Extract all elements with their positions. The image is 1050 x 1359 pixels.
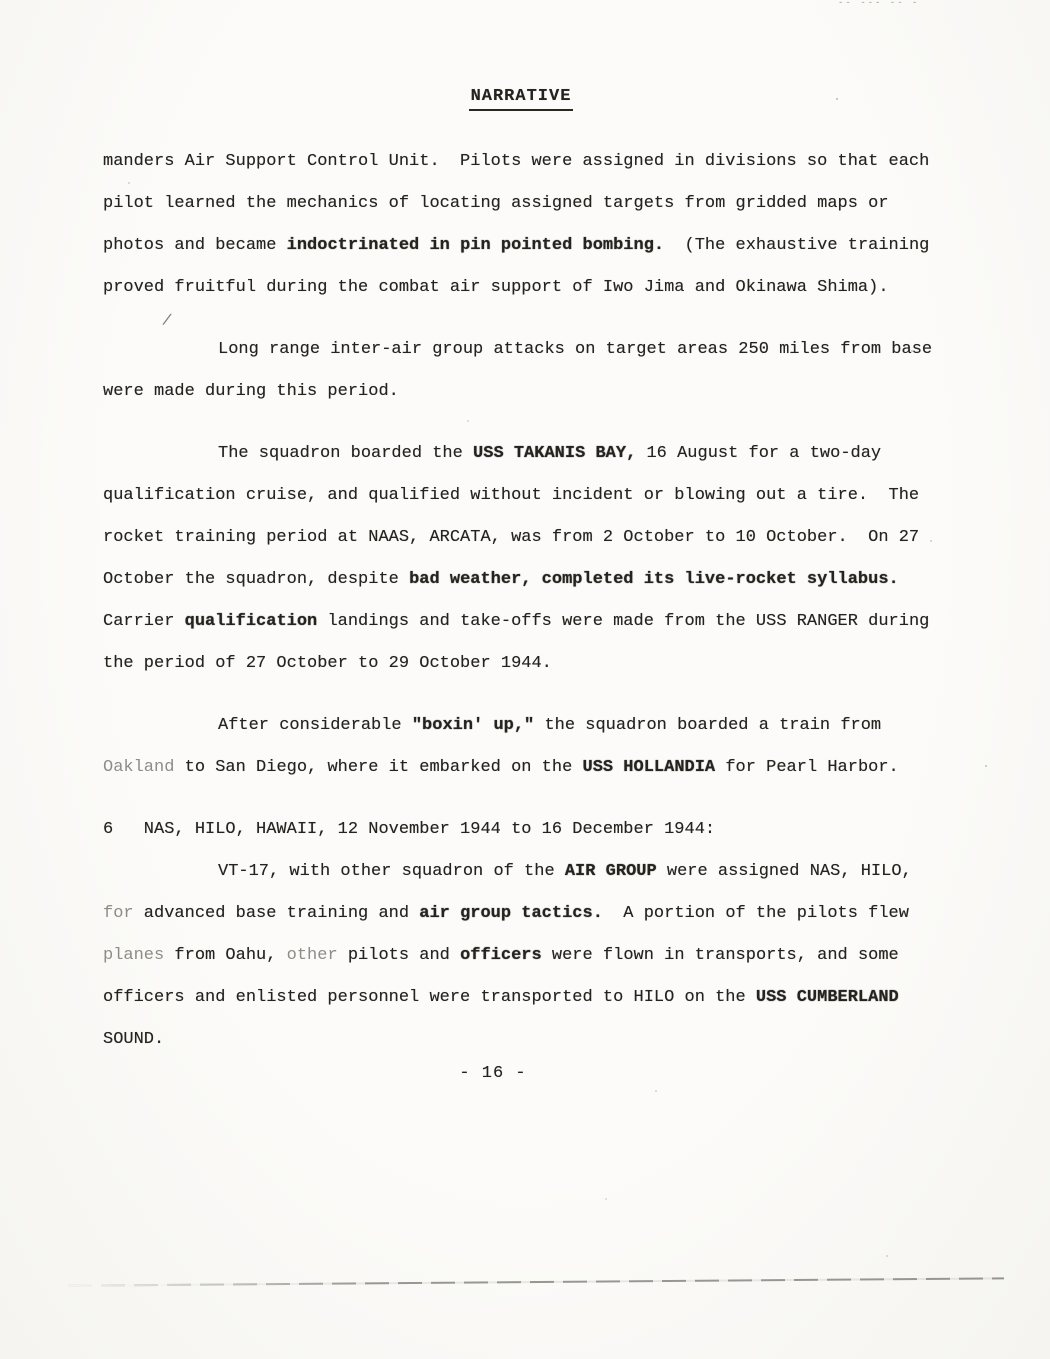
text-segment-heavy: bad weather, completed its live-rocket s… [409, 570, 899, 589]
paragraph: Long range inter-air group attacks on ta… [103, 329, 939, 413]
scan-edge-marks: -- --- -- - [838, 0, 919, 8]
text-segment: officers and enlisted personnel were tra… [103, 988, 756, 1007]
text-line: Long range inter-air group attacks on ta… [103, 329, 939, 371]
text-segment-heavy: officers [460, 946, 542, 965]
text-segment: qualification cruise, and qualified with… [103, 486, 919, 505]
text-segment: were made during this period. [103, 382, 399, 401]
paragraph: The squadron boarded the USS TAKANIS BAY… [103, 433, 939, 685]
text-segment-heavy: air group tactics. [419, 904, 603, 923]
title-row: NARRATIVE [103, 86, 939, 111]
text-segment: pilot learned the mechanics of locating … [103, 194, 889, 213]
document-page: -- --- -- - NARRATIVE manders Air Suppor… [0, 0, 1050, 1359]
text-segment: (The exhaustive training [664, 236, 929, 255]
text-line: After considerable "boxin' up," the squa… [103, 705, 939, 747]
text-segment: were assigned NAS, HILO, [657, 862, 912, 881]
page-number: - 16 - [75, 1053, 911, 1095]
text-segment: rocket training period at NAAS, ARCATA, … [103, 528, 919, 547]
page-title: NARRATIVE [469, 86, 574, 111]
text-segment-heavy: indoctrinated in pin pointed bombing. [287, 236, 664, 255]
text-segment: manders Air Support Control Unit. Pilots… [103, 152, 929, 171]
text-segment: from Oahu, [164, 946, 286, 965]
paragraph: VT-17, with other squadron of the AIR GR… [103, 851, 939, 1061]
text-segment: to San Diego, where it embarked on the [174, 758, 582, 777]
text-line: planes from Oahu, other pilots and offic… [103, 935, 939, 977]
paragraphs: manders Air Support Control Unit. Pilots… [103, 141, 939, 1061]
text-segment-faded: Oakland [103, 758, 174, 777]
text-segment: After considerable [218, 716, 412, 735]
text-segment-faded: planes [103, 946, 164, 965]
text-segment: for Pearl Harbor. [715, 758, 899, 777]
text-segment-heavy: "boxin' up," [412, 716, 534, 735]
text-segment: Long range inter-air group attacks on ta… [218, 340, 932, 359]
text-segment: advanced base training and [134, 904, 420, 923]
text-line: qualification cruise, and qualified with… [103, 475, 939, 517]
text-line: VT-17, with other squadron of the AIR GR… [103, 851, 939, 893]
text-segment: photos and became [103, 236, 287, 255]
text-segment: proved fruitful during the combat air su… [103, 278, 889, 297]
text-line: October the squadron, despite bad weathe… [103, 559, 939, 601]
text-segment: were flown in transports, and some [542, 946, 899, 965]
text-segment: A portion of the pilots flew [603, 904, 909, 923]
text-segment-faded: other [287, 946, 338, 965]
text-segment: VT-17, with other squadron of the [218, 862, 565, 881]
scan-line-artifact [68, 1277, 1004, 1286]
text-line: rocket training period at NAAS, ARCATA, … [103, 517, 939, 559]
text-segment: The squadron boarded the [218, 444, 473, 463]
text-segment: October the squadron, despite [103, 570, 409, 589]
text-line: photos and became indoctrinated in pin p… [103, 225, 939, 267]
text-line: Carrier qualification landings and take-… [103, 601, 939, 643]
paragraph: After considerable "boxin' up," the squa… [103, 705, 939, 789]
text-segment: the squadron boarded a train from [534, 716, 881, 735]
text-line: were made during this period. [103, 371, 939, 413]
text-segment-heavy: AIR GROUP [565, 862, 657, 881]
section-heading: 6 NAS, HILO, HAWAII, 12 November 1944 to… [103, 809, 939, 851]
text-line: manders Air Support Control Unit. Pilots… [103, 141, 939, 183]
text-segment: landings and take-offs were made from th… [317, 612, 929, 631]
text-line: Oakland to San Diego, where it embarked … [103, 747, 939, 789]
paragraph: manders Air Support Control Unit. Pilots… [103, 141, 939, 309]
text-segment-heavy: USS TAKANIS BAY, [473, 444, 636, 463]
document-content: NARRATIVE manders Air Support Control Un… [103, 86, 939, 1081]
text-line: for advanced base training and air group… [103, 893, 939, 935]
text-segment-heavy: qualification [185, 612, 318, 631]
text-line: proved fruitful during the combat air su… [103, 267, 939, 309]
text-segment: Carrier [103, 612, 185, 631]
scan-specks [0, 0, 2, 2]
text-segment: SOUND. [103, 1030, 164, 1049]
text-segment-heavy: USS CUMBERLAND [756, 988, 899, 1007]
text-line: pilot learned the mechanics of locating … [103, 183, 939, 225]
text-line: officers and enlisted personnel were tra… [103, 977, 939, 1019]
text-segment: pilots and [338, 946, 460, 965]
text-line: 6 NAS, HILO, HAWAII, 12 November 1944 to… [103, 809, 939, 851]
text-segment-heavy: USS HOLLANDIA [583, 758, 716, 777]
text-segment: 6 NAS, HILO, HAWAII, 12 November 1944 to… [103, 820, 715, 839]
text-segment-faded: for [103, 904, 134, 923]
text-segment: the period of 27 October to 29 October 1… [103, 654, 552, 673]
text-line: the period of 27 October to 29 October 1… [103, 643, 939, 685]
text-line: The squadron boarded the USS TAKANIS BAY… [103, 433, 939, 475]
text-segment: 16 August for a two-day [636, 444, 881, 463]
